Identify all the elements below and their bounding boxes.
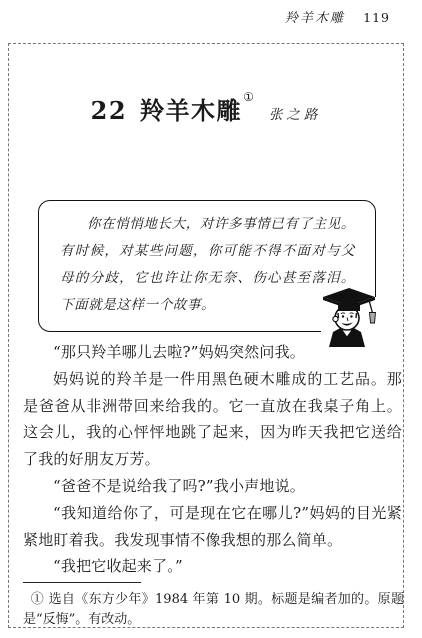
title-footnote-marker: ① [243, 90, 254, 104]
lesson-number: 22 [91, 96, 127, 125]
paragraph-2: 妈妈说的羚羊是一件用黑色硬木雕成的工艺品。那是爸爸从非洲带回来给我的。它一直放在… [23, 366, 402, 473]
lesson-title: 22羚羊木雕①张之路 [9, 91, 403, 126]
paragraph-1: “那只羚羊哪儿去啦?”妈妈突然问我。 [23, 339, 402, 366]
header-lesson-title: 羚羊木雕 [285, 11, 345, 26]
footnote-marker: ① [31, 592, 44, 607]
page-frame: 22羚羊木雕①张之路 你在悄悄地长大，对许多事情已有了主见。有时候，对某些问题，… [8, 43, 404, 628]
footnote-separator [23, 582, 141, 583]
textbook-page: { "header": { "lesson_title": "羚羊木雕", "p… [0, 0, 422, 638]
paragraph-5: “我把它收起来了。” [23, 553, 402, 580]
header-page-number: 119 [363, 10, 390, 25]
paragraph-3: “爸爸不是说给我了吗?”我小声地说。 [23, 473, 402, 500]
lesson-body: “那只羚羊哪儿去啦?”妈妈突然问我。 妈妈说的羚羊是一件用黑色硬木雕成的工艺品。… [23, 339, 402, 580]
intro-text: 你在悄悄地长大，对许多事情已有了主见。有时候，对某些问题，你可能不得不面对与父母… [60, 211, 355, 319]
running-header: 羚羊木雕 119 [285, 7, 390, 26]
paragraph-4: “我知道给你了，可是现在它在哪儿?”妈妈的目光紧紧地盯着我。我发现事情不像我想的… [23, 500, 402, 554]
lesson-title-text: 羚羊木雕 [140, 96, 242, 125]
author-name: 张之路 [269, 107, 322, 123]
footnote: ① 选自《东方少年》1984 年第 10 期。标题是编者加的。原题是“反悔”。有… [23, 590, 404, 630]
graduate-boy-icon [316, 285, 382, 347]
footnote-text: 选自《东方少年》1984 年第 10 期。标题是编者加的。原题是“反悔”。有改动… [23, 592, 404, 627]
intro-box: 你在悄悄地长大，对许多事情已有了主见。有时候，对某些问题，你可能不得不面对与父母… [38, 200, 376, 332]
